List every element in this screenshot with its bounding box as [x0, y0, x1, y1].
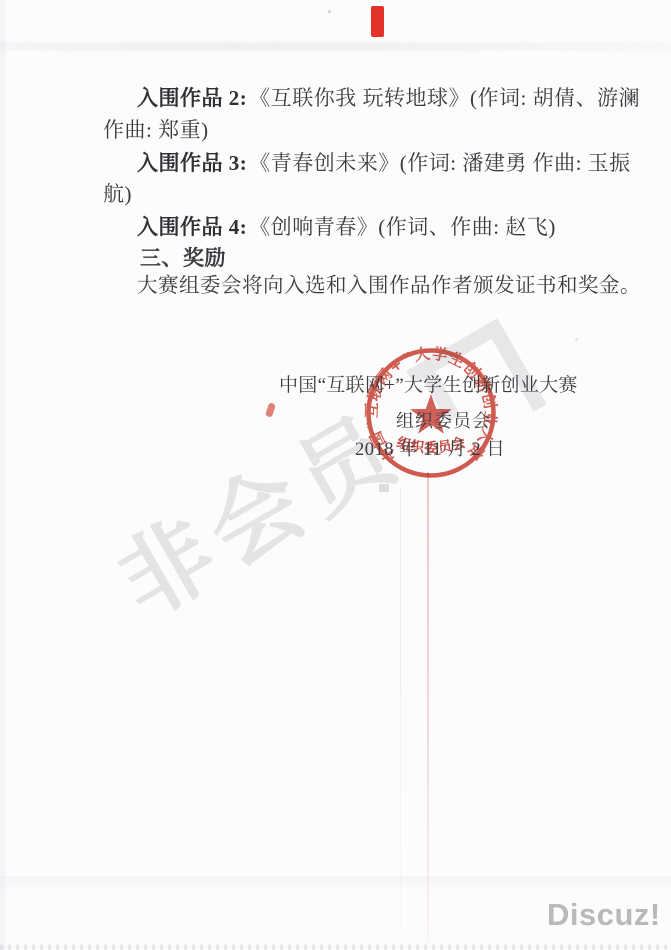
- entry-line-1: 入围作品 2:《互联你我 玩转地球》(作词: 胡倩、游澜: [137, 87, 640, 110]
- entry-line-3: 入围作品 4:《创响青春》(作词、作曲: 赵飞): [137, 216, 556, 239]
- red-ink-speck: [265, 402, 276, 417]
- entry-label: 入围作品 3:: [137, 151, 247, 175]
- signature-date-line: 2018 年 11 月 2 日: [355, 435, 505, 461]
- entry-text: 航): [103, 182, 132, 206]
- award-section-heading: 三、奖励: [140, 247, 226, 270]
- entry-label: 入围作品 2:: [137, 86, 247, 110]
- scan-bottom-edge: [0, 945, 671, 950]
- signature-org-line: 中国“互联网+”大学生创新创业大赛: [279, 370, 578, 397]
- entry-line-2-cont: 航): [103, 183, 132, 206]
- red-corner-mark: [371, 6, 384, 37]
- entry-line-2: 入围作品 3:《青春创未来》(作词: 潘建勇 作曲: 玉振: [137, 152, 631, 175]
- entry-text: 《青春创未来》(作词: 潘建勇 作曲: 玉振: [249, 151, 630, 175]
- entry-text: 《互联你我 玩转地球》(作词: 胡倩、游澜: [249, 86, 640, 110]
- scan-left-edge: [0, 0, 5, 950]
- discuz-watermark: Discuz!: [547, 897, 661, 933]
- vertical-fold-line: [427, 472, 429, 942]
- signature-committee-line: 组织委员会: [396, 407, 491, 433]
- scan-speck-dot: [328, 10, 331, 13]
- scan-streak: [0, 42, 671, 51]
- entry-line-1-cont: 作曲: 郑重): [103, 119, 209, 142]
- entry-text: 《创响青春》(作词、作曲: 赵飞): [249, 215, 556, 239]
- scanned-document-page: 非会员 入围作品 2:《互联你我 玩转地球》(作词: 胡倩、游澜 作曲: 郑重)…: [0, 0, 671, 950]
- vertical-fold-line-faint: [400, 488, 401, 928]
- entry-label: 入围作品 4:: [137, 215, 247, 239]
- scan-speck-dot: [575, 338, 578, 341]
- scan-smudge: [379, 484, 389, 492]
- award-section-body: 大赛组委会将向入选和入围作品作者颁发证书和奖金。: [137, 275, 641, 298]
- scan-bottom-band: [0, 876, 671, 892]
- entry-text: 作曲: 郑重): [103, 118, 209, 142]
